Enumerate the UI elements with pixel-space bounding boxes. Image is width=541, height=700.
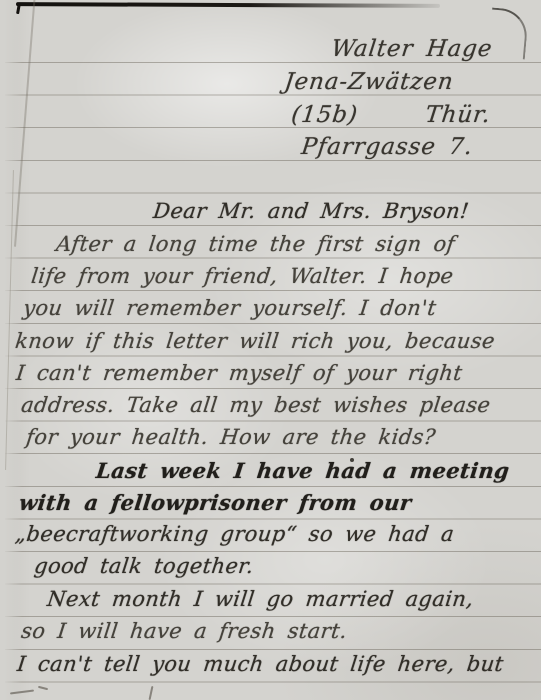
letter-body-line: After a long time the first sign of	[55, 234, 456, 255]
letter-body-line: I can't remember myself of your right	[15, 363, 464, 384]
letter-body-line: address. Take all my best wishes please	[20, 395, 492, 416]
salutation: Dear Mr. and Mrs. Bryson!	[152, 201, 470, 222]
letter-body-line: for your health. How are the kids?	[25, 427, 437, 448]
letter-body-line: good talk together.	[33, 556, 255, 577]
sender-region: Thür.	[424, 104, 492, 127]
letter-body-line: with a fellowprisoner from our	[18, 492, 413, 513]
letter-body-line: you will remember yourself. I don't	[22, 298, 438, 319]
letter-body-line: Next month I will go married again,	[46, 589, 475, 610]
letter-body-line: Last week I have had a meeting	[95, 460, 511, 481]
letter-body-line: „beecraftworking group“ so we had a	[14, 524, 455, 545]
sender-city: Jena-Zwätzen	[283, 71, 455, 94]
letter-body-line: I can't tell you much about life here, b…	[16, 654, 505, 675]
ink-blot	[350, 458, 354, 462]
sender-postal-zone: (15b)	[290, 102, 360, 128]
sender-street: Pfarrgasse 7.	[300, 136, 474, 159]
letter-body-line: know if this letter will rich you, becau…	[14, 331, 496, 352]
scanned-letter-page: Walter Hage Jena-Zwätzen (15b) Thür. Pfa…	[0, 0, 541, 700]
letter-body-line: life from your friend, Walter. I hope	[30, 266, 455, 287]
sender-name: Walter Hage	[330, 38, 494, 61]
letter-body-line: so I will have a fresh start.	[20, 621, 348, 642]
sender-zone-region-line: (15b) Thür.	[290, 104, 533, 127]
